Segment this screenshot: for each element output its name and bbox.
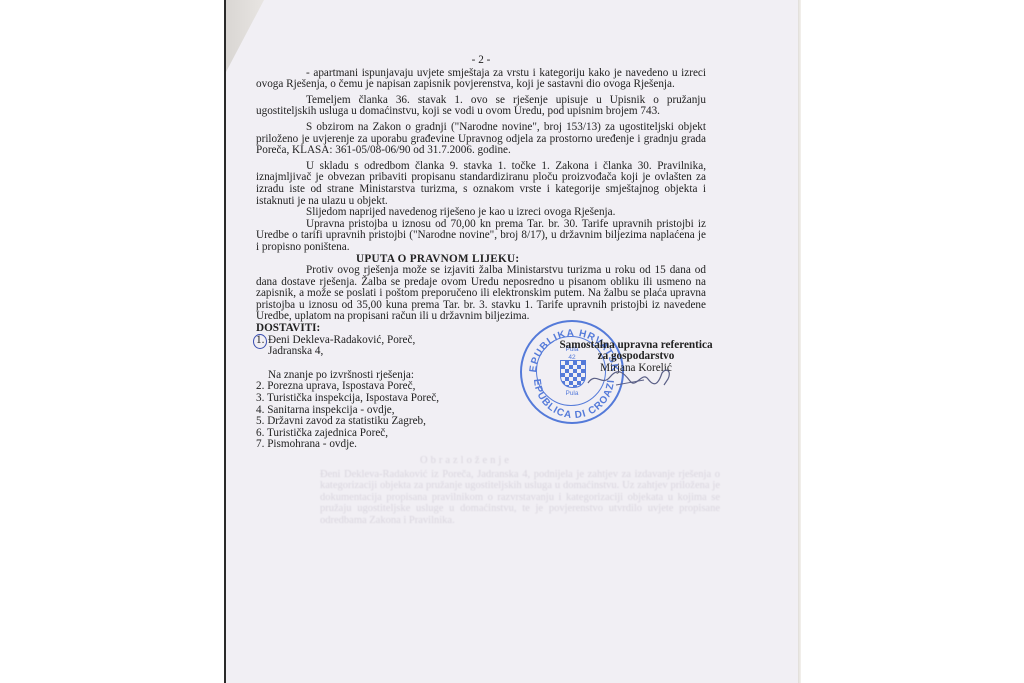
paragraph-resolved: Slijedom naprijed navedenog riješeno je … — [256, 207, 706, 219]
notice-list: 2. Porezna uprava, Ispostava Poreč, 3. T… — [256, 381, 506, 451]
footer-section: 1. Đeni Dekleva-Radaković, Poreč, Jadran… — [256, 335, 706, 465]
handwritten-circle-mark — [253, 334, 267, 349]
document-body: - 2 - - apartmani ispunjavaju uvjete smj… — [256, 55, 706, 465]
page-number: - 2 - — [256, 55, 706, 67]
page-edge — [798, 0, 801, 683]
paragraph-fee: Upravna pristojba u iznosu od 70,00 kn p… — [256, 219, 706, 254]
paragraph-building-law: S obzirom na Zakon o gradnji ("Narodne n… — [256, 122, 706, 157]
recipient-address: Jadranska 4, — [268, 346, 506, 358]
notice-item: 3. Turistička inspekcija, Ispostava Pore… — [256, 393, 506, 405]
recipients-block: 1. Đeni Dekleva-Radaković, Poreč, Jadran… — [256, 335, 506, 451]
paragraph-conditions: - apartmani ispunjavaju uvjete smještaja… — [256, 68, 706, 91]
recipient-name: Đeni Dekleva-Radaković, Poreč, — [268, 334, 415, 346]
recipient-number: 1. — [256, 335, 268, 347]
paragraph-register: Temeljem članka 36. stavak 1. ovo se rje… — [256, 95, 706, 118]
paragraph-plaque: U skladu s odredbom članka 9. stavka 1. … — [256, 161, 706, 207]
notice-item: 7. Pismohrana - ovdje. — [256, 439, 506, 451]
bleed-through-text: Obrazloženje Đeni Dekleva-Radaković iz P… — [320, 455, 720, 526]
handwritten-signature — [586, 365, 676, 391]
paragraph-legal-remedy: Protiv ovog rješenja može se izjaviti ža… — [256, 265, 706, 323]
